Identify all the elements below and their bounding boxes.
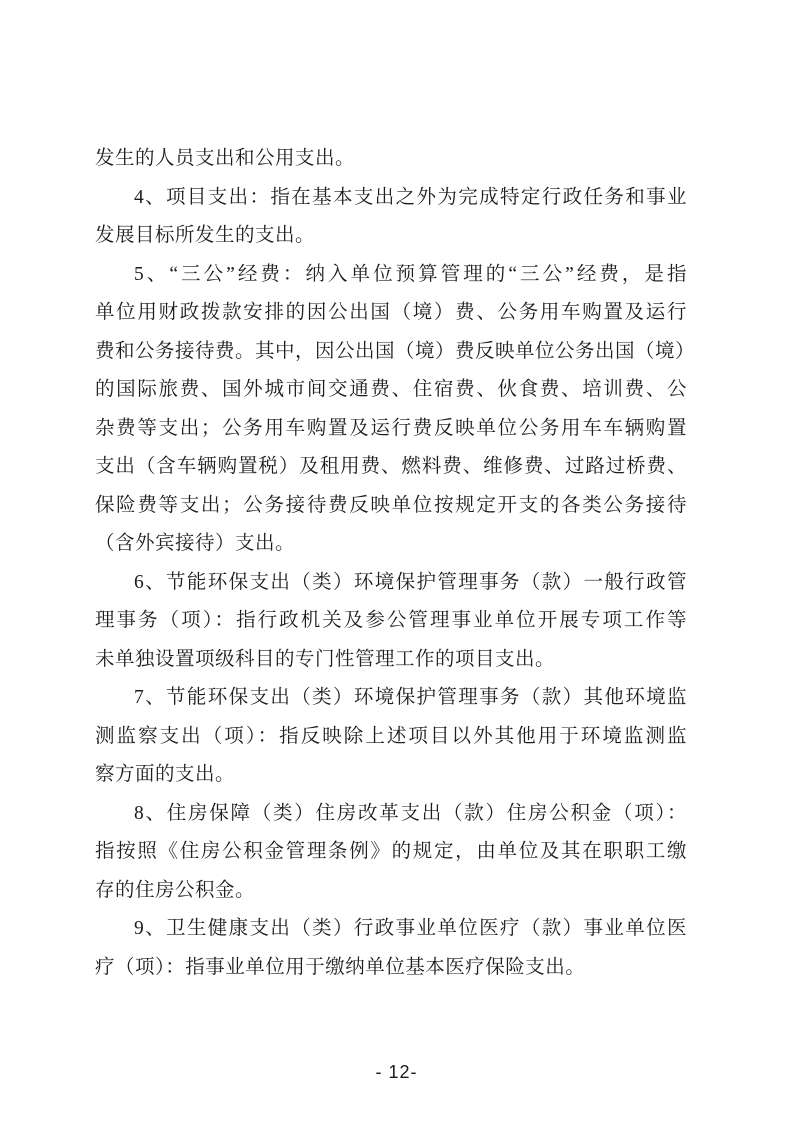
text-line: 单位用财政拨款安排的因公出国（境）费、公务用车购置及运行 [95,294,687,333]
text-line: 费和公务接待费。其中，因公出国（境）费反映单位公务出国（境） [95,333,687,372]
text-line: 发展目标所发生的支出。 [95,217,687,256]
text-line: 测监察支出（项）：指反映除上述项目以外其他用于环境监测监 [95,718,687,757]
page-footer: - 12- [0,1062,793,1083]
text-line: 8、住房保障（类）住房改革支出（款）住房公积金（项）： [95,795,687,834]
text-line: 疗（项）：指事业单位用于缴纳单位基本医疗保险支出。 [95,949,687,988]
text-line: 支出（含车辆购置税）及租用费、燃料费、维修费、过路过桥费、 [95,448,687,487]
text-line: 杂费等支出；公务用车购置及运行费反映单位公务用车车辆购置 [95,410,687,449]
text-line: 未单独设置项级科目的专门性管理工作的项目支出。 [95,641,687,680]
text-line: 发生的人员支出和公用支出。 [95,140,687,179]
text-line: 4、项目支出：指在基本支出之外为完成特定行政任务和事业 [95,179,687,218]
page-number: - 12- [375,1062,417,1082]
document-body: 发生的人员支出和公用支出。4、项目支出：指在基本支出之外为完成特定行政任务和事业… [95,140,687,987]
text-line: 的国际旅费、国外城市间交通费、住宿费、伙食费、培训费、公 [95,371,687,410]
text-line: 9、卫生健康支出（类）行政事业单位医疗（款）事业单位医 [95,910,687,949]
document-page: 发生的人员支出和公用支出。4、项目支出：指在基本支出之外为完成特定行政任务和事业… [0,0,793,1122]
text-line: 7、节能环保支出（类）环境保护管理事务（款）其他环境监 [95,679,687,718]
text-line: 理事务（项）：指行政机关及参公管理事业单位开展专项工作等 [95,602,687,641]
text-line: 存的住房公积金。 [95,872,687,911]
text-line: 保险费等支出；公务接待费反映单位按规定开支的各类公务接待 [95,487,687,526]
text-line: 察方面的支出。 [95,756,687,795]
text-line: 5、“三公”经费：纳入单位预算管理的“三公”经费，是指 [95,256,687,295]
text-line: 指按照《住房公积金管理条例》的规定，由单位及其在职职工缴 [95,833,687,872]
text-line: （含外宾接待）支出。 [95,525,687,564]
text-line: 6、节能环保支出（类）环境保护管理事务（款）一般行政管 [95,564,687,603]
